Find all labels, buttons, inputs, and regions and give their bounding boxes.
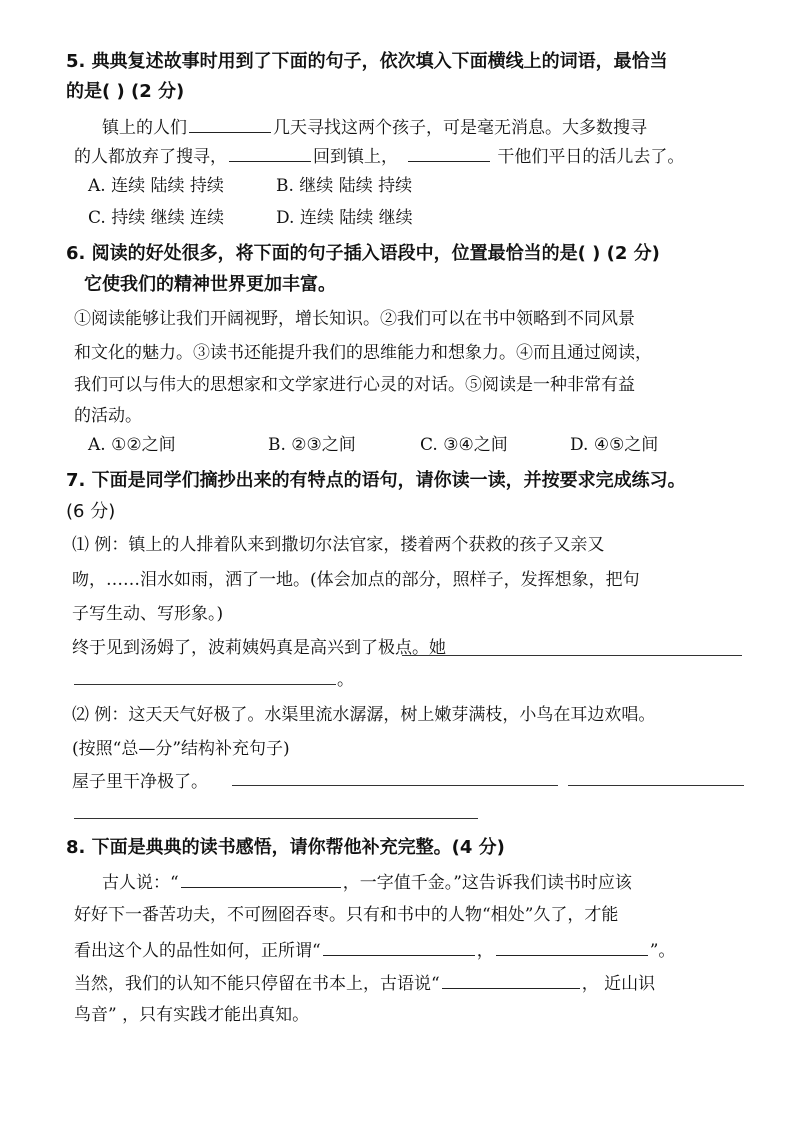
q8-text: 看出这个人的品性如何，正所谓“ xyxy=(74,941,321,961)
q7-part1-line2: 吻，……泪水如雨，洒了一地。(体会加点的部分，照样子，发挥想象，把句 xyxy=(72,568,640,592)
q6-option-b[interactable]: B. ②③之间 xyxy=(268,433,356,457)
q5-option-b[interactable]: B. 继续 陆续 持续 xyxy=(276,174,412,198)
q5-passage-text: 干他们平日的活儿去了。 xyxy=(492,147,684,167)
q8-text: 古人说：“ xyxy=(102,873,179,893)
q6-option-a[interactable]: A. ①②之间 xyxy=(88,433,176,457)
q6-stem: 6. 阅读的好处很多，将下面的句子插入语段中，位置最恰当的是( ) (2 分) xyxy=(66,242,660,266)
q7-part1-line3: 子写生动、写形象。) xyxy=(72,602,223,626)
q8-line3: 看出这个人的品性如何，正所谓“，”。 xyxy=(74,937,675,963)
q8-blank-1[interactable] xyxy=(181,869,341,888)
q8-blank-4[interactable] xyxy=(442,970,580,989)
q8-line2: 好好下一番苦功夫，不可囫囵吞枣。只有和书中的人物“相处”久了，才能 xyxy=(74,903,618,927)
q6-passage-line1: ①阅读能够让我们开阔视野，增长知识。②我们可以在书中领略到不同风景 xyxy=(74,307,635,331)
q7-part2-line2: (按照“总—分”结构补充句子) xyxy=(72,737,290,761)
q7-part1-answer-line2[interactable] xyxy=(74,684,336,685)
q7-part1-answer-line1[interactable] xyxy=(402,655,742,656)
q8-line4: 当然，我们的认知不能只停留在书本上，古语说“， 近山识 xyxy=(74,970,655,996)
q5-passage-line1: 镇上的人们几天寻找这两个孩子，可是毫无消息。大多数搜寻 xyxy=(102,114,647,140)
q5-passage-text: 的人都放弃了搜寻， xyxy=(74,147,227,167)
q7-part2-answer-line3[interactable] xyxy=(74,818,478,819)
q8-text: ，一字值千金。”这告诉我们读书时应该 xyxy=(343,873,632,893)
q6-option-c[interactable]: C. ③④之间 xyxy=(420,433,508,457)
q8-line1: 古人说：“，一字值千金。”这告诉我们读书时应该 xyxy=(102,869,632,895)
q8-line5: 鸟音” ，只有实践才能出真知。 xyxy=(74,1003,309,1027)
q6-passage-line3: 我们可以与伟大的思想家和文学家进行心灵的对话。⑤阅读是一种非常有益 xyxy=(74,373,635,397)
q5-blank-1[interactable] xyxy=(189,114,271,133)
q5-option-d[interactable]: D. 连续 陆续 继续 xyxy=(276,206,413,230)
q7-stem-line1: 7. 下面是同学们摘抄出来的有特点的语句，请你读一读，并按要求完成练习。 xyxy=(66,469,686,493)
q8-blank-3[interactable] xyxy=(496,937,648,956)
q8-text: ”。 xyxy=(650,941,676,961)
q6-sentence: 它使我们的精神世界更加丰富。 xyxy=(84,273,336,297)
q5-passage-text: 镇上的人们 xyxy=(102,118,187,138)
q7-stem-line2: (6 分) xyxy=(66,500,115,524)
q5-blank-3[interactable] xyxy=(408,143,490,162)
q5-stem-line2: 的是( ) (2 分) xyxy=(66,80,184,104)
q5-passage-text: 回到镇上， xyxy=(313,147,398,167)
q8-text: ， 近山识 xyxy=(582,974,655,994)
q5-option-a[interactable]: A. 连续 陆续 持续 xyxy=(88,174,224,198)
q8-text: ， xyxy=(477,941,494,961)
q5-blank-2[interactable] xyxy=(229,143,311,162)
q8-blank-2[interactable] xyxy=(323,937,475,956)
q6-passage-line4: 的活动。 xyxy=(74,404,142,428)
q8-text: 当然，我们的认知不能只停留在书本上，古语说“ xyxy=(74,974,440,994)
q7-part2-prompt: 屋子里干净极了。 xyxy=(72,770,208,794)
q5-passage-text: 几天寻找这两个孩子，可是毫无消息。大多数搜寻 xyxy=(273,118,647,138)
q6-option-d[interactable]: D. ④⑤之间 xyxy=(570,433,658,457)
q8-stem: 8. 下面是典典的读书感悟，请你帮他补充完整。(4 分) xyxy=(66,836,505,860)
q7-part2-line1: ⑵ 例：这天天气好极了。水渠里流水潺潺，树上嫩芽满枝，小鸟在耳边欢唱。 xyxy=(72,703,655,727)
q7-part2-answer-line2[interactable] xyxy=(568,785,744,786)
q7-part2-answer-line1[interactable] xyxy=(232,785,558,786)
q5-option-c[interactable]: C. 持续 继续 连续 xyxy=(88,206,224,230)
q7-part1-prompt: 终于见到汤姆了，波莉姨妈真是高兴到了极点。她 xyxy=(72,636,446,660)
q5-passage-line2: 的人都放弃了搜寻，回到镇上， 干他们平日的活儿去了。 xyxy=(74,143,684,169)
q7-part1-end: 。 xyxy=(337,668,354,692)
q7-part1-line1: ⑴ 例：镇上的人排着队来到撒切尔法官家，搂着两个获救的孩子又亲又 xyxy=(72,533,604,557)
q6-passage-line2: 和文化的魅力。③读书还能提升我们的思维能力和想象力。④而且通过阅读， xyxy=(74,341,652,365)
q5-stem-line1: 5. 典典复述故事时用到了下面的句子，依次填入下面横线上的词语，最恰当 xyxy=(66,50,668,74)
